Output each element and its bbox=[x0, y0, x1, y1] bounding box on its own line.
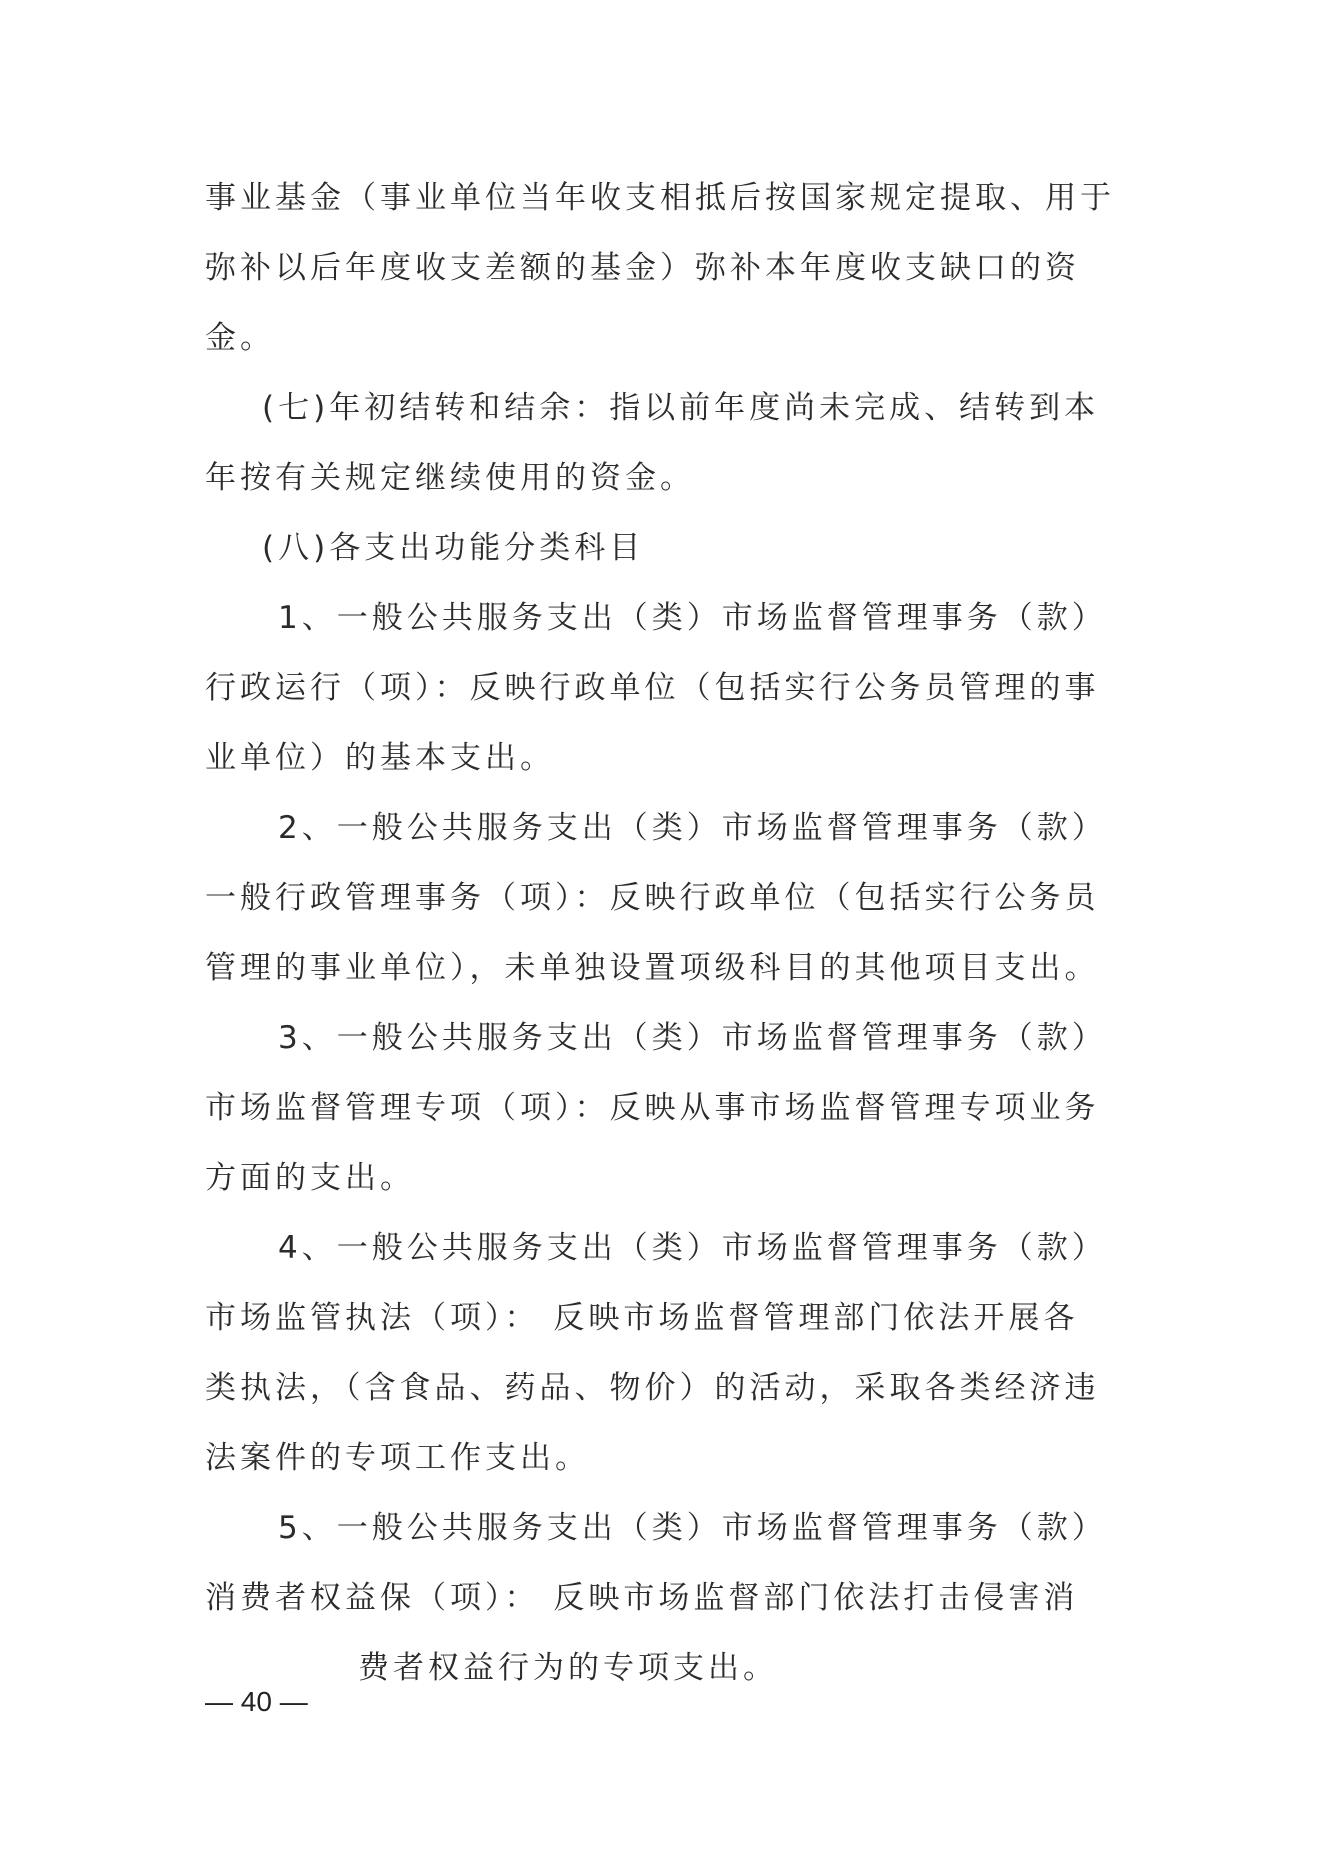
list-item-2-heading: 2、一般公共服务支出（类）市场监督管理事务（款） bbox=[278, 808, 1107, 848]
paragraph-line: 法案件的专项工作支出。 bbox=[205, 1438, 590, 1478]
paragraph-line: 消费者权益保（项）： 反映市场监督部门依法打击侵害消 bbox=[205, 1578, 1078, 1618]
paragraph-line: 弥补以后年度收支差额的基金）弥补本年度收支缺口的资 bbox=[205, 248, 1080, 288]
paragraph-line: 费者权益行为的专项支出。 bbox=[358, 1648, 778, 1688]
list-item-3-heading: 3、一般公共服务支出（类）市场监督管理事务（款） bbox=[278, 1018, 1107, 1058]
paragraph-line: 市场监管执法（项）： 反映市场监督管理部门依法开展各 bbox=[205, 1298, 1078, 1338]
page-number: — 40 — bbox=[205, 1682, 308, 1722]
list-item-4-heading: 4、一般公共服务支出（类）市场监督管理事务（款） bbox=[278, 1228, 1107, 1268]
paragraph-line: 类执法，（含食品、药品、物价）的活动，采取各类经济违 bbox=[205, 1368, 1100, 1408]
paragraph-line: 业单位）的基本支出。 bbox=[205, 738, 555, 778]
paragraph-line: 市场监督管理专项（项）：反映从事市场监督管理专项业务 bbox=[205, 1088, 1100, 1128]
paragraph-line: 年按有关规定继续使用的资金。 bbox=[205, 458, 695, 498]
paragraph-line: 一般行政管理事务（项）：反映行政单位（包括实行公务员 bbox=[205, 878, 1100, 918]
paragraph-line: 事业基金（事业单位当年收支相抵后按国家规定提取、用于 bbox=[205, 178, 1115, 218]
paragraph-line: 行政运行（项）：反映行政单位（包括实行公务员管理的事 bbox=[205, 668, 1100, 708]
list-item-1-heading: 1、一般公共服务支出（类）市场监督管理事务（款） bbox=[278, 598, 1107, 638]
document-page: 事业基金（事业单位当年收支相抵后按国家规定提取、用于 弥补以后年度收支差额的基金… bbox=[0, 0, 1323, 1871]
section-heading-7: (七)年初结转和结余：指以前年度尚未完成、结转到本 bbox=[262, 388, 1099, 428]
paragraph-line: 管理的事业单位），未单独设置项级科目的其他项目支出。 bbox=[205, 948, 1100, 988]
paragraph-line: 金。 bbox=[205, 318, 275, 358]
paragraph-line: 方面的支出。 bbox=[205, 1158, 415, 1198]
section-heading-8: (八)各支出功能分类科目 bbox=[262, 528, 644, 568]
list-item-5-heading: 5、一般公共服务支出（类）市场监督管理事务（款） bbox=[278, 1508, 1107, 1548]
